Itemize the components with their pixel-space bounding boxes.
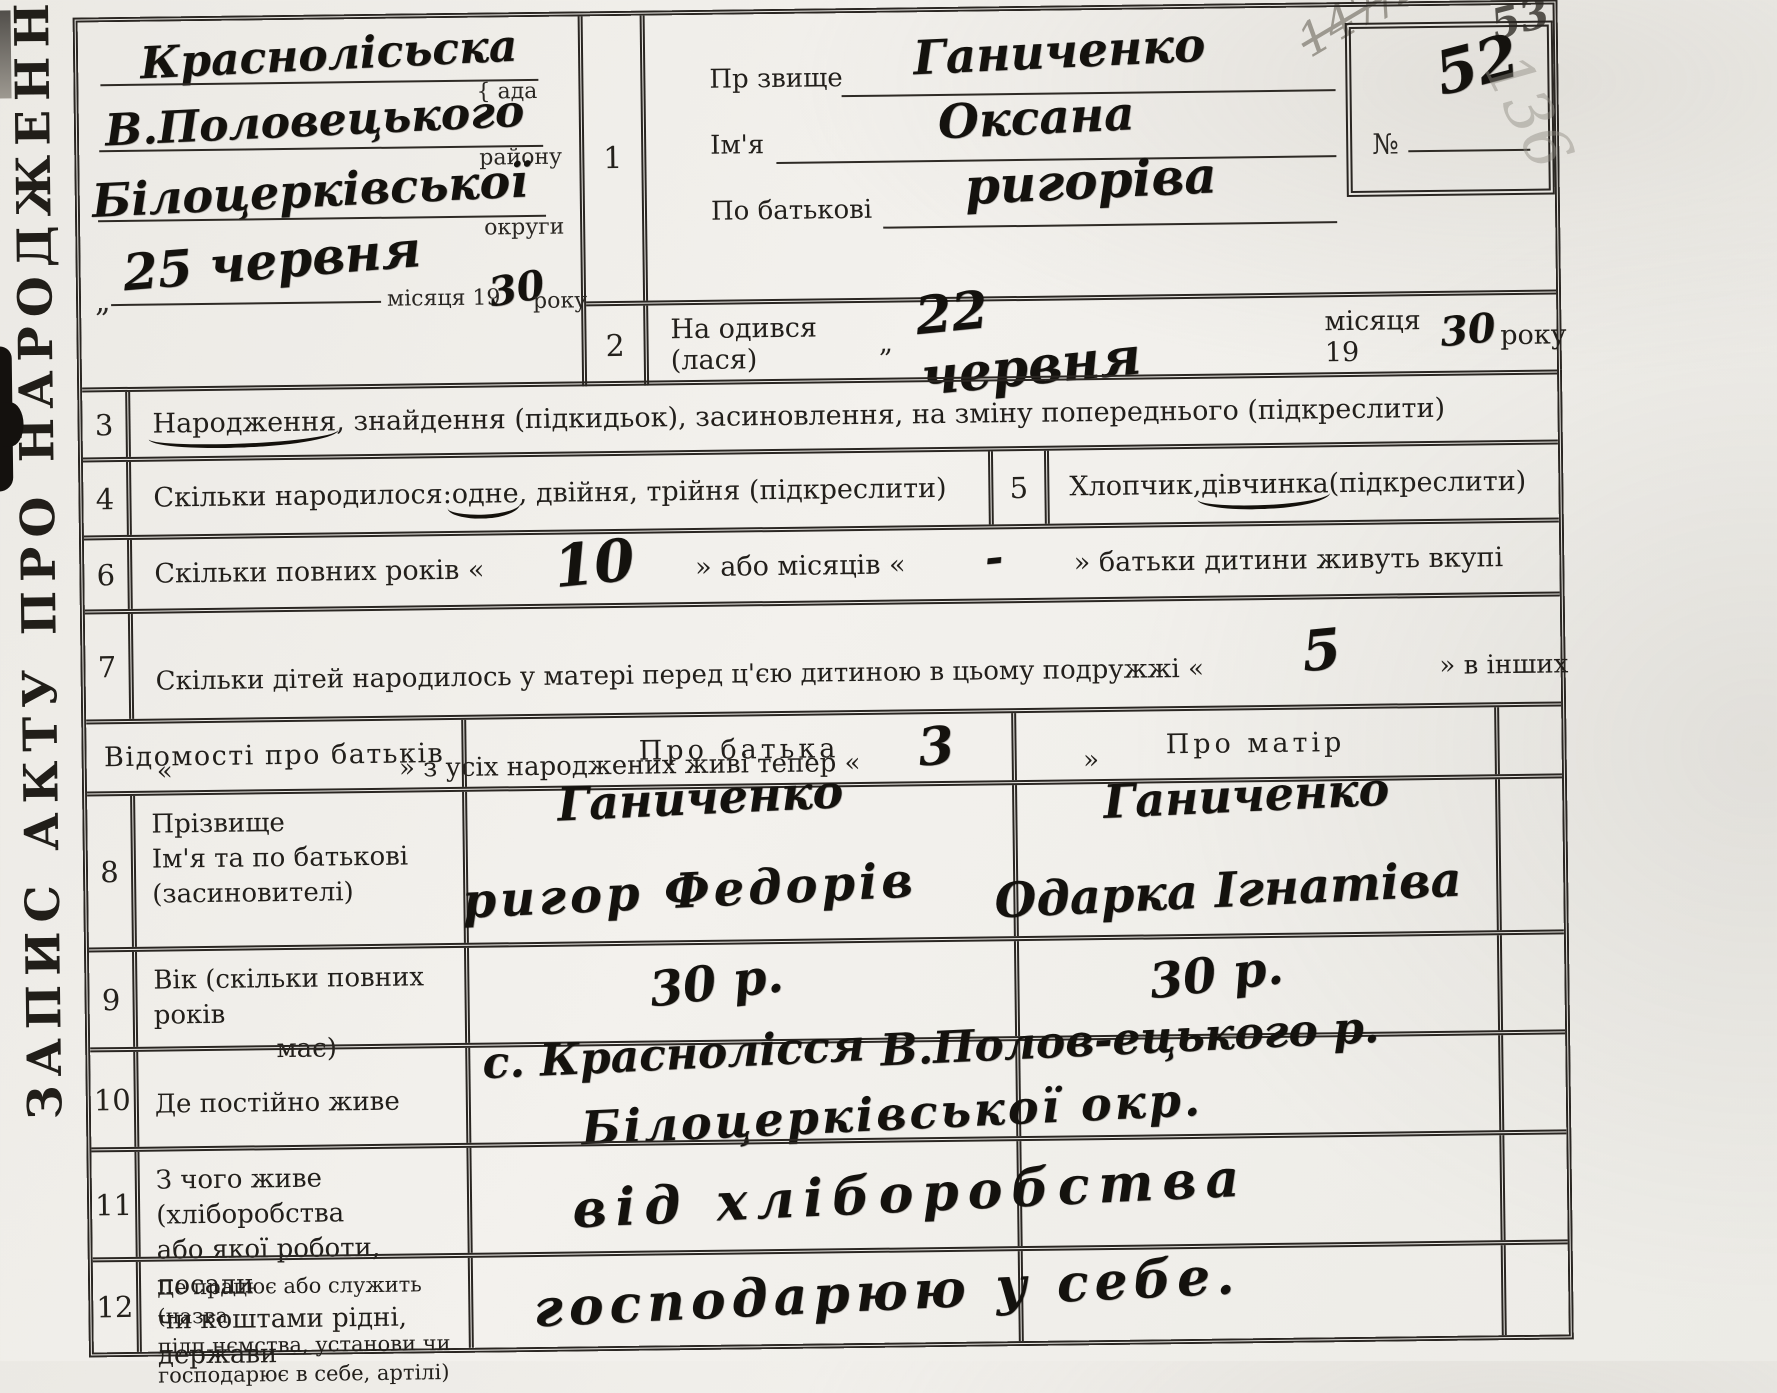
row8-label-line3: (засиновителі) (152, 874, 457, 913)
row7-text: Скільки дітей народилось у матері перед … (133, 596, 1569, 719)
year-label: року (1500, 319, 1567, 351)
mother-names-cell: Ганиченко Одарка Ігнатіва (1017, 779, 1502, 936)
father-surname-handwritten: Ганиченко (556, 768, 844, 827)
months-handwritten: - (982, 532, 1005, 585)
row-workplace: 12 Де працює або служить (назва підп нєм… (93, 1239, 1569, 1352)
row12-number: 12 (93, 1262, 142, 1353)
row1-number-cell: 1 (583, 16, 648, 302)
row3-rest: , знайдення (підкидьок), засиновлення, н… (336, 393, 1445, 438)
row8-label-line1: Прізвище (151, 804, 456, 843)
open-quote: „ (879, 327, 893, 358)
row7-number: 7 (85, 614, 134, 720)
row2-number-cell: 2 (586, 306, 649, 387)
month-label: місяця 19 (1324, 305, 1437, 368)
child-name-fields: Пр звище Ганиченко Ім'я Оксана По батько… (645, 4, 1566, 300)
open-quote: „ (95, 284, 111, 319)
row10-label-text: Де постійно живе (155, 1085, 400, 1123)
row11-number: 11 (91, 1152, 140, 1258)
patronymic-label: По батькові (711, 195, 873, 227)
record-number-box: № 52 136 (1345, 20, 1555, 197)
row6-tail: » батьки дитини живуть вкупі (1074, 542, 1504, 578)
row11-label: З чого живе (хліборобства або якої робот… (139, 1148, 472, 1257)
row12-label-line1: Де працює або служить (назва (157, 1270, 463, 1333)
district-handwritten: В.Половецького (104, 90, 525, 154)
record-number-label: № (1372, 127, 1399, 160)
row10-number: 10 (90, 1052, 139, 1148)
row4-lead: Скільки народилося: (153, 479, 452, 514)
row10-label: Де постійно живе (138, 1048, 471, 1147)
form-side-title: ЗАПИС АКТУ ПРО НАРОДЖЕННЯ (7, 179, 73, 1120)
right-gutter (1506, 1244, 1569, 1335)
row7-line1-tail: » в інших (1439, 649, 1568, 681)
mother-surname-handwritten: Ганиченко (1102, 766, 1390, 825)
father-name-handwritten: ригор Федорів (461, 856, 917, 925)
registry-office-box: Краснолісьска { ада В.Половецького район… (78, 16, 587, 392)
right-gutter (1502, 934, 1565, 1030)
underlined-word: одне (452, 478, 519, 510)
row8-number: 8 (87, 796, 137, 948)
born-label: На одився (лася) (670, 312, 865, 376)
rule-line (111, 301, 381, 306)
month-year-label: місяця 19 (387, 285, 501, 311)
surname-handwritten: Ганиченко (912, 22, 1206, 83)
row5-rest: (підкреслити) (1328, 466, 1526, 499)
row-parent-names: 8 Прізвище Ім'я та по батькові (засинови… (87, 773, 1564, 947)
father-names-cell: Ганиченко ригор Федорів (467, 785, 1019, 943)
year-label: року (533, 288, 587, 314)
row9-number: 9 (89, 952, 138, 1048)
children-before-handwritten: 5 (1297, 602, 1345, 701)
row5-number: 5 (993, 451, 1050, 525)
underlined-word: дівчинка (1201, 468, 1329, 501)
row6-number: 6 (84, 540, 133, 610)
top-section: Краснолісьска { ада В.Половецького район… (73, 0, 1562, 388)
row8-label: Прізвище Ім'я та по батькові (засиновите… (135, 792, 469, 947)
name-label: Ім'я (710, 130, 764, 161)
mother-name-handwritten: Одарка Ігнатіва (993, 856, 1462, 926)
years-handwritten: 10 (551, 525, 638, 601)
row4-rest: , двійня, трійня (підкреслити) (518, 473, 946, 509)
row11-label-line1: З чого живе (хліборобства (156, 1160, 462, 1234)
row7-line1: Скільки дітей народилось у матері перед … (155, 606, 1569, 718)
row3-number: 3 (82, 392, 131, 458)
header-parents-info: Відомості про батьків (86, 720, 467, 792)
row9-label-line1: Вік (скільки повних років (153, 960, 459, 1034)
registration-date-handwritten: 25 червня (121, 224, 423, 298)
row-children-count: 7 Скільки дітей народилось у матері пере… (85, 591, 1561, 719)
row-residence: 10 Де постійно живе с. Краснолісся В.Пол… (90, 1029, 1566, 1147)
right-gutter (1503, 1034, 1566, 1130)
rule-line (883, 221, 1337, 229)
row8-label-line2: Ім'я та по батькові (152, 839, 457, 878)
name-handwritten: Оксана (937, 90, 1136, 146)
council-handwritten: Краснолісьска (139, 25, 518, 87)
row9-label: Вік (скільки повних років має) (137, 948, 470, 1047)
row5-text: Хлопчик, дівчинка (підкреслити) (1049, 444, 1559, 523)
scanned-birth-record: ЗАПИС АКТУ ПРО НАРОДЖЕННЯ 147/2 53 Красн… (0, 0, 1777, 1361)
row5-lead: Хлопчик, (1069, 470, 1201, 503)
okruha-label: округи (484, 215, 565, 241)
okruha-handwritten: Білоцерківської (91, 157, 529, 223)
row6-lead: Скільки повних років « (154, 555, 484, 590)
row4-number: 4 (83, 462, 132, 536)
underlined-word: Народження (152, 406, 336, 439)
right-gutter (1500, 778, 1564, 930)
row6-mid: » або місяців « (695, 549, 906, 583)
birth-year-handwritten: 30 (1438, 303, 1498, 355)
right-gutter (1499, 706, 1562, 774)
surname-label: Пр звище (709, 63, 843, 95)
row12-label-line2: підп нємства, установи чи (158, 1329, 463, 1361)
mother-age-handwritten: 30 р. (1147, 943, 1285, 1006)
father-age-handwritten: 30 р. (647, 951, 785, 1014)
row7-line1-lead: Скільки дітей народилось у матері перед … (156, 654, 1205, 697)
patronymic-handwritten: ригоріва (964, 150, 1218, 212)
row4-text: Скільки народилося: одне, двійня, трійня… (131, 451, 994, 535)
row-livelihood: 11 З чого живе (хліборобства або якої ро… (91, 1129, 1567, 1257)
scan-edge-artifact (0, 10, 12, 98)
form-body: 3 Народження, знайдення (підкидьок), зас… (77, 369, 1574, 1357)
right-gutter (1504, 1134, 1567, 1240)
row12-label: Де працює або служить (назва підп нємств… (141, 1258, 474, 1352)
